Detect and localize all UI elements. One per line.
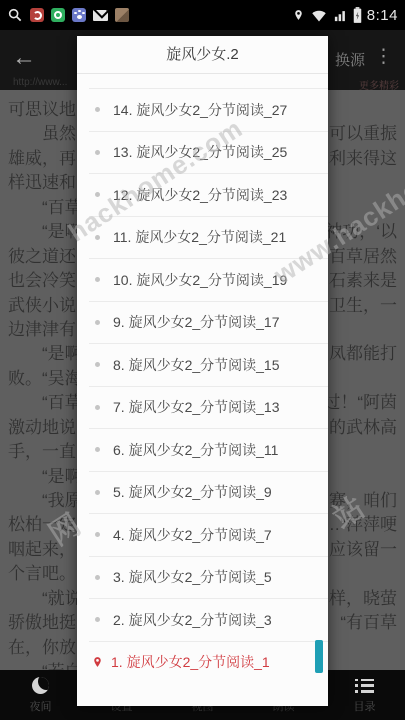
current-location-pin-icon <box>91 655 104 670</box>
line-left-fragment: 样迅速和 <box>8 173 76 193</box>
chapter-item[interactable]: 9. 旋风少女2_分节阅读_17 <box>89 301 328 344</box>
chapter-item[interactable]: 2. 旋风少女2_分节阅读_3 <box>89 598 328 641</box>
moon-icon <box>32 677 49 694</box>
line-left-fragment: 可思议地 <box>8 100 76 120</box>
line-left-fragment: “就说 <box>42 589 82 609</box>
line-left-fragment: 败。“吴海 <box>8 369 82 389</box>
blue-app-icon <box>72 8 86 22</box>
line-left-fragment: 松柏一定 <box>8 515 76 535</box>
line-right-fragment: 过！“阿茵 <box>323 393 397 413</box>
line-left-fragment: “是啊 <box>42 222 82 242</box>
chapter-item[interactable]: 4. 旋风少女2_分节阅读_7 <box>89 513 328 556</box>
line-left-fragment: 武侠小说 <box>8 296 76 316</box>
wifi-icon <box>310 8 328 23</box>
status-bar-right: 8:14 <box>292 7 398 24</box>
chapter-item[interactable]: 13. 旋风少女2_分节阅读_25 <box>89 131 328 174</box>
line-left-fragment: 在，你放 <box>8 638 76 658</box>
line-left-fragment: 虽然 <box>42 124 76 144</box>
line-right-fragment: 卫生，一 <box>329 296 397 316</box>
line-right-fragment: 神功，‘以 <box>325 222 397 242</box>
clock: 8:14 <box>367 7 398 24</box>
line-left-fragment: 骄傲地挺 <box>8 613 76 633</box>
phone-screen: 8:14 ← 换源 ⋮ http://www... 更多精彩 可思议地 虽然 可… <box>0 0 405 720</box>
chapter-label: 12. 旋风少女2_分节阅读_23 <box>113 185 287 205</box>
bullet-icon <box>95 532 100 537</box>
chapter-label: 6. 旋风少女2_分节阅读_11 <box>113 440 278 460</box>
bullet-icon <box>95 192 100 197</box>
chapter-list: 14. 旋风少女2_分节阅读_27 13. 旋风少女2_分节阅读_25 <box>77 74 328 683</box>
line-right-fragment: “有百草 <box>340 613 397 633</box>
green-app-icon <box>51 8 65 22</box>
line-left-fragment: “是啊 <box>42 344 82 364</box>
source-url-text: http://www... <box>13 77 67 88</box>
back-button[interactable]: ← <box>10 44 38 72</box>
tab-catalog[interactable]: 目录 <box>324 670 405 720</box>
battery-charging-icon <box>353 7 362 23</box>
header-sub-right-text: 更多精彩 <box>359 77 399 92</box>
line-left-fragment: 雄威，再 <box>8 149 76 169</box>
change-source-button[interactable]: 换源 <box>335 49 365 70</box>
chapter-item[interactable]: 11. 旋风少女2_分节阅读_21 <box>89 216 328 259</box>
signal-icon <box>333 8 348 23</box>
tab-label: 目录 <box>354 698 376 714</box>
scrollbar-thumb[interactable] <box>315 640 323 673</box>
bullet-icon <box>95 320 100 325</box>
chapter-label: 2. 旋风少女2_分节阅读_3 <box>113 610 272 630</box>
chapter-label: 7. 旋风少女2_分节阅读_13 <box>113 397 280 417</box>
chapter-label: 8. 旋风少女2_分节阅读_15 <box>113 355 280 375</box>
chapter-label: 4. 旋风少女2_分节阅读_7 <box>113 525 272 545</box>
line-right-fragment: 应该留一 <box>329 540 397 560</box>
bullet-icon <box>95 490 100 495</box>
chapter-item[interactable]: 10. 旋风少女2_分节阅读_19 <box>89 258 328 301</box>
chapter-label: 13. 旋风少女2_分节阅读_25 <box>113 142 287 162</box>
chapter-item[interactable]: 6. 旋风少女2_分节阅读_11 <box>89 428 328 471</box>
chapter-list-dialog: 旋风少女.2 14. 旋风少女2_分节阅读_27 <box>77 36 328 706</box>
line-right-fragment: 凤都能打 <box>329 344 397 364</box>
line-right-fragment: 利来得这 <box>329 149 397 169</box>
chapter-item[interactable]: 7. 旋风少女2_分节阅读_13 <box>89 386 328 429</box>
status-bar: 8:14 <box>0 0 405 30</box>
book-title: 旋风少女.2 <box>77 36 328 74</box>
tab-label: 夜间 <box>30 698 52 714</box>
line-left-fragment: “我原 <box>42 491 82 511</box>
line-left-fragment: 激动地说 <box>8 418 76 438</box>
line-left-fragment: 边津津有 <box>8 320 76 340</box>
line-left-fragment: “百草 <box>42 198 82 218</box>
line-right-fragment: …“萍萍哽 <box>323 515 397 535</box>
line-left-fragment: 手，一直 <box>8 442 76 462</box>
chapter-label: 11. 旋风少女2_分节阅读_21 <box>113 227 286 247</box>
photo-icon <box>115 8 129 22</box>
chapter-item[interactable]: 3. 旋风少女2_分节阅读_5 <box>89 556 328 599</box>
line-right-fragment: 百草居然 <box>329 247 397 267</box>
bullet-icon <box>95 107 100 112</box>
bullet-icon <box>95 150 100 155</box>
chapter-item[interactable]: 12. 旋风少女2_分节阅读_23 <box>89 173 328 216</box>
line-left-fragment: 彼之道还 <box>8 247 76 267</box>
line-right-fragment: 样，晓萤 <box>329 589 397 609</box>
overflow-menu-button[interactable]: ⋮ <box>374 46 393 68</box>
chapter-item[interactable]: 5. 旋风少女2_分节阅读_9 <box>89 471 328 514</box>
chapter-item[interactable]: 8. 旋风少女2_分节阅读_15 <box>89 343 328 386</box>
bullet-icon <box>95 447 100 452</box>
search-icon <box>7 7 23 23</box>
chapter-item[interactable]: 14. 旋风少女2_分节阅读_27 <box>89 88 328 131</box>
chapter-label: 1. 旋风少女2_分节阅读_1 <box>111 652 270 672</box>
line-left-fragment: “是啊 <box>42 467 82 487</box>
location-icon <box>292 8 305 23</box>
line-right-fragment: 赛，咱们 <box>329 491 397 511</box>
red-app-icon <box>30 8 44 22</box>
chapter-label: 5. 旋风少女2_分节阅读_9 <box>113 482 272 502</box>
list-icon <box>355 679 374 693</box>
bullet-icon <box>95 575 100 580</box>
bullet-icon <box>95 277 100 282</box>
chapter-label: 10. 旋风少女2_分节阅读_19 <box>113 270 287 290</box>
chapter-item[interactable]: 1. 旋风少女2_分节阅读_1 <box>89 641 328 684</box>
line-left-fragment: “百草 <box>42 393 82 413</box>
line-left-fragment: 咽起来， <box>8 540 76 560</box>
line-right-fragment: 石素来是 <box>329 271 397 291</box>
line-left-fragment: 个言吧。 <box>8 564 76 584</box>
bullet-icon <box>95 405 100 410</box>
line-right-fragment: 的武林高 <box>329 418 397 438</box>
line-right-fragment: 可以重振 <box>329 124 397 144</box>
bullet-icon <box>95 235 100 240</box>
bullet-icon <box>95 362 100 367</box>
mail-icon <box>93 10 108 21</box>
bullet-icon <box>95 617 100 622</box>
chapter-label: 9. 旋风少女2_分节阅读_17 <box>113 312 280 332</box>
line-left-fragment: 也会冷笑 <box>8 271 76 291</box>
chapter-label: 14. 旋风少女2_分节阅读_27 <box>113 100 287 120</box>
tab-night-mode[interactable]: 夜间 <box>0 670 81 720</box>
chapter-label: 3. 旋风少女2_分节阅读_5 <box>113 567 272 587</box>
